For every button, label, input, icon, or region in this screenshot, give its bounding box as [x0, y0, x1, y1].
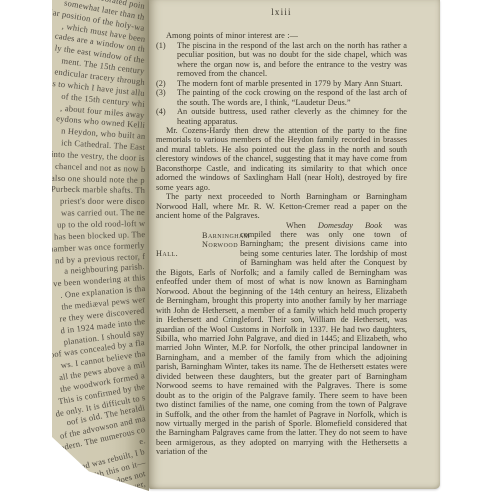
paragraph-party: The party next proceeded to North Barnin… — [156, 192, 407, 220]
paragraph-cozens-hardy: Mr. Cozens-Hardy then drew the attention… — [156, 126, 407, 192]
list-item-number: (3) — [156, 88, 177, 107]
list-item: (4) An outside buttress, used rather cle… — [156, 107, 407, 126]
left-page-line: also one should note the p — [52, 172, 145, 184]
right-page: lxiii Among points of minor interest are… — [149, 0, 440, 489]
folio-number: lxiii — [156, 8, 407, 17]
left-page-line: priest's door were disco — [60, 196, 145, 206]
left-page-line: of the old tower, — [87, 479, 147, 491]
paragraph-domesday: Barningham Norwood Hall. When Domesday B… — [156, 221, 407, 457]
list-item-number: (4) — [156, 107, 177, 126]
left-page: Decorated poinsomewhat later than thiar … — [52, 0, 149, 491]
list-item: (3) The painting of the cock crowing on … — [156, 88, 407, 107]
sidenote-line: Norwood Hall. — [156, 240, 240, 259]
list-item: (2) The modern font of marble presented … — [156, 79, 407, 88]
list-item-text: The modern font of marble presented in 1… — [177, 79, 407, 88]
marginal-sidenote: Barningham Norwood Hall. — [156, 221, 240, 259]
points-of-interest-list: (1) The piscina in the respond of the la… — [156, 41, 407, 126]
list-item-text: The piscina in the respond of the last a… — [177, 41, 407, 79]
left-page-line: e. — [138, 435, 146, 446]
sidenote-line: Barningham — [156, 231, 240, 240]
list-item-number: (2) — [156, 79, 177, 88]
left-page-line: up to the old rood-loft w — [57, 218, 146, 230]
list-item-number: (1) — [156, 41, 177, 79]
intro-line: Among points of minor interest are :— — [156, 31, 407, 40]
left-page-line: was carried out. The ne — [61, 207, 145, 218]
list-item: (1) The piscina in the respond of the la… — [156, 41, 407, 79]
domesday-text-pre: When — [286, 221, 318, 230]
list-item-text: An outside buttress, used rather cleverl… — [177, 107, 407, 126]
left-page-line: chancel and not as now b — [54, 161, 145, 174]
list-item-text: The painting of the cock crowing on the … — [177, 88, 407, 107]
book-photo: Decorated poinsomewhat later than thiar … — [0, 0, 500, 500]
domesday-italic: Domesday Book — [318, 221, 382, 230]
left-page-line: Purbeck marble shafts. Th — [52, 184, 145, 195]
